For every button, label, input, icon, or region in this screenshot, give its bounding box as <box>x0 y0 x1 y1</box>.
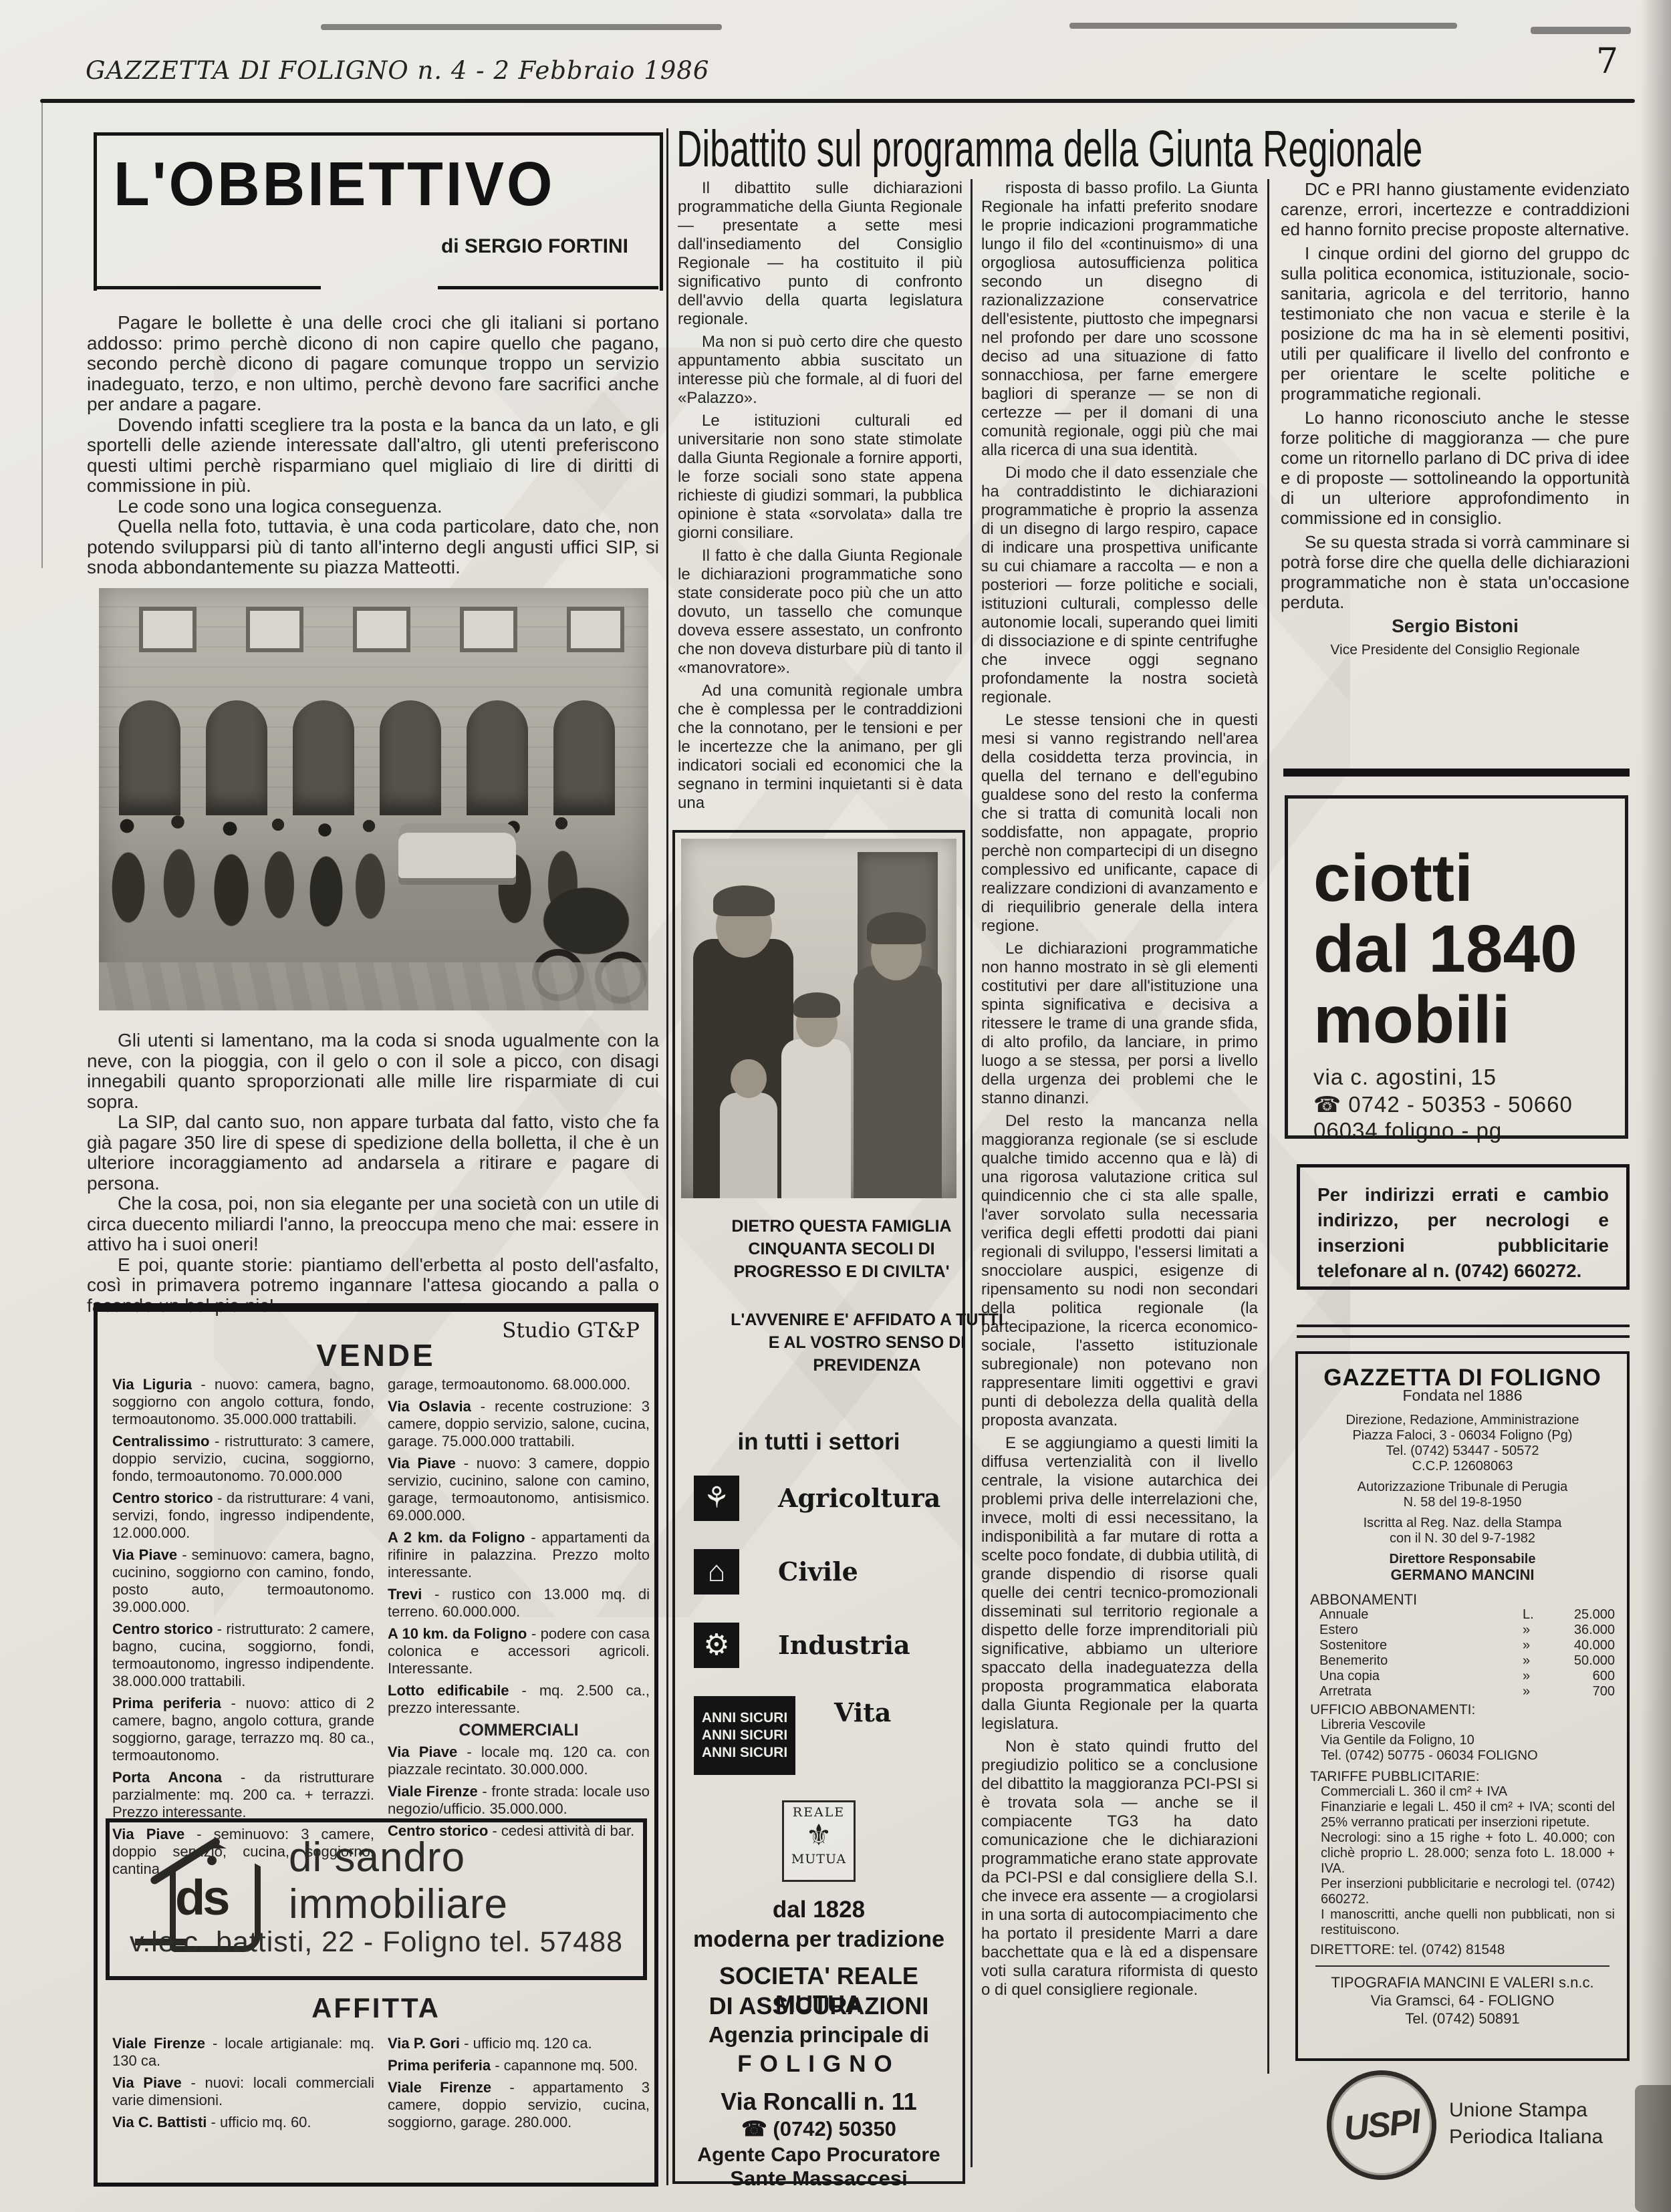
editorial-text-top: Pagare le bollette è una delle croci che… <box>87 313 659 578</box>
listing-item: Lotto edificabile - mq. 2.500 ca., prezz… <box>388 1682 650 1717</box>
photo-window <box>139 607 197 652</box>
gtp-affitta-left-column: Viale Firenze - locale artigianale: mq. … <box>112 2035 374 2136</box>
photo-arch <box>380 700 441 815</box>
editorial-paragraph: Le code sono una logica conseguenza. <box>87 497 659 517</box>
reale-dal: dal 1828 <box>675 1897 962 1923</box>
photo-arch <box>553 700 615 815</box>
gtp-vende-left-column: Via Liguria - nuovo: camera, bagno, sogg… <box>112 1376 374 1883</box>
sector-row-industria: ⚙ Industria <box>694 1623 910 1668</box>
scan-smudge <box>1069 23 1457 29</box>
scan-smudge <box>321 24 722 30</box>
tipografia-block: TIPOGRAFIA MANCINI E VALERI s.n.c. Via G… <box>1310 1973 1615 2028</box>
listing-item: garage, termoautonomo. 68.000.000. <box>388 1376 650 1393</box>
family-head <box>731 1059 767 1098</box>
newspaper-masthead-date: GAZZETTA DI FOLIGNO n. 4 - 2 Febbraio 19… <box>86 56 709 85</box>
obbiettivo-byline: di SERGIO FORTINI <box>361 235 628 258</box>
scan-edge-shadow <box>1640 0 1671 2212</box>
family-photo-door <box>858 852 938 1053</box>
sector-label: Vita <box>834 1696 891 1730</box>
family-hair <box>867 912 926 944</box>
family-head <box>871 924 922 980</box>
agriculture-icon: ⚘ <box>694 1476 739 1521</box>
scan-smudge <box>1531 27 1631 34</box>
page-number: 7 <box>1596 41 1618 82</box>
ciotti-line-3: mobili <box>1313 982 1510 1059</box>
sector-label: Industria <box>778 1623 910 1668</box>
crest-emblem-icon: ⚜ <box>784 1820 854 1852</box>
gtp-affitta-right-column: Via P. Gori - ufficio mq. 120 ca. Prima … <box>388 2035 650 2136</box>
scan-corner-blob <box>1635 2085 1671 2212</box>
gtp-commerciali-title: COMMERCIALI <box>388 1721 650 1739</box>
ciotti-phone: ☎ 0742 - 50353 - 50660 <box>1313 1091 1573 1117</box>
gtp-vende-right-column: garage, termoautonomo. 68.000.000. Via O… <box>388 1376 650 1844</box>
photo-window <box>567 607 624 652</box>
direttore-tel: DIRETTORE: tel. (0742) 81548 <box>1310 1942 1615 1957</box>
article-paragraph: Del resto la mancanza nella maggioranza … <box>981 1112 1258 1430</box>
listing-item: Via Piave - seminuovo: camera, bagno, cu… <box>112 1546 374 1616</box>
listing-item: Centralissimo - ristrutturato: 3 camere,… <box>112 1433 374 1485</box>
article-paragraph: Le stesse tensioni che in questi mesi si… <box>981 711 1258 936</box>
listing-item: Viale Firenze - fronte strada: locale us… <box>388 1783 650 1818</box>
family-child <box>720 1093 777 1198</box>
reale-agent-2: Sante Massaccesi <box>675 2167 962 2191</box>
article-paragraph: I cinque ordini del giorno del gruppo dc… <box>1281 243 1630 404</box>
reale-agency-2: FOLIGNO <box>675 2051 962 2078</box>
article-paragraph: DC e PRI hanno giustamente evidenziato c… <box>1281 179 1630 239</box>
editorial-paragraph: Dovendo infatti scegliere tra la posta e… <box>87 415 659 497</box>
reale-address: Via Roncalli n. 11 <box>675 2088 962 2116</box>
disandro-address: v.le c. battisti, 22 - Foligno tel. 5748… <box>110 1926 643 1959</box>
listing-item: A 2 km. da Foligno - appartamenti da rif… <box>388 1529 650 1581</box>
family-father <box>693 939 793 1198</box>
sector-label: Agricoltura <box>778 1476 940 1521</box>
ufficio-title: UFFICIO ABBONAMENTI: <box>1310 1702 1615 1717</box>
double-rule <box>1297 1325 1630 1338</box>
article-paragraph: Le istituzioni culturali ed universitari… <box>678 412 962 543</box>
abbonamenti-row: Una copia»600 <box>1319 1669 1615 1684</box>
ad-disandro-immobiliare: ds di sandro immobiliare v.le c. battist… <box>106 1818 647 1980</box>
article-paragraph: Il dibattito sulle dichiarazioni program… <box>678 179 962 329</box>
photo-arch <box>206 700 267 815</box>
reale-moderna: moderna per tradizione <box>675 1927 962 1953</box>
listing-item: Trevi - rustico con 13.000 mq. di terren… <box>388 1586 650 1621</box>
abbonamenti-row: Estero»36.000 <box>1319 1623 1615 1638</box>
photo-window <box>353 607 410 652</box>
article-paragraph: risposta di basso profilo. La Giunta Reg… <box>981 179 1258 460</box>
abbonamenti-row: AnnualeL.25.000 <box>1319 1607 1615 1623</box>
editorial-paragraph: Quella nella foto, tuttavia, è una coda … <box>87 517 659 578</box>
abbonamenti-row: Arretrata»700 <box>1319 1684 1615 1699</box>
listing-item: Viale Firenze - appartamento 3 camere, d… <box>388 2079 650 2131</box>
ciotti-address: via c. agostini, 15 <box>1313 1065 1497 1090</box>
reale-company-2: DI ASSICURAZIONI <box>675 1992 962 2020</box>
page-edge-line <box>41 100 43 568</box>
uspi-logo-icon: USPI <box>1321 2065 1442 2185</box>
photo-arch <box>293 700 354 815</box>
listing-item: Via Piave - nuovo: 3 camere, doppio serv… <box>388 1455 650 1524</box>
reale-mutua-crest: REALE ⚜ MUTUA <box>782 1800 856 1882</box>
separator-bar <box>1283 769 1630 777</box>
uspi-label: Unione Stampa Periodica Italiana <box>1449 2097 1603 2151</box>
obbiettivo-rule-left <box>94 286 321 289</box>
ufficio-lines: Libreria Vescovile Via Gentile da Folign… <box>1321 1717 1615 1764</box>
family-child <box>781 1039 851 1198</box>
article-signature-name: Sergio Bistoni <box>1281 616 1630 636</box>
masthead-registration: Iscritta al Reg. Naz. della Stampa con i… <box>1310 1516 1615 1546</box>
masthead-address-lines: Direzione, Redazione, Amministrazione Pi… <box>1310 1413 1615 1474</box>
obbiettivo-rule-right <box>438 286 658 289</box>
editorial-paragraph: Che la cosa, poi, non sia elegante per u… <box>87 1194 659 1255</box>
sector-row-agricoltura: ⚘ Agricoltura <box>694 1476 940 1521</box>
reale-slogan-1: DIETRO QUESTA FAMIGLIA CINQUANTA SECOLI … <box>675 1215 1008 1283</box>
photo-queue-piazza <box>99 588 648 1010</box>
sector-row-vita: ANNI SICURI ANNI SICURI ANNI SICURI Vita <box>694 1696 891 1775</box>
masthead-info-box: GAZZETTA DI FOLIGNO Fondata nel 1886 Dir… <box>1295 1351 1630 2061</box>
header-rule <box>40 99 1635 103</box>
listing-item: Via Oslavia - recente costruzione: 3 cam… <box>388 1398 650 1450</box>
listing-item: Prima periferia - capannone mq. 500. <box>388 2057 650 2074</box>
listing-item: Via Liguria - nuovo: camera, bagno, sogg… <box>112 1376 374 1428</box>
article-column-3: DC e PRI hanno giustamente evidenziato c… <box>1281 179 1630 664</box>
ad-ciotti-mobili: ciotti dal 1840 mobili via c. agostini, … <box>1285 795 1628 1139</box>
tariffe-title: TARIFFE PUBBLICITARIE: <box>1310 1769 1615 1784</box>
ciotti-city: 06034 foligno - pg <box>1313 1118 1502 1143</box>
article-paragraph: Lo hanno riconosciuto anche le stesse fo… <box>1281 408 1630 528</box>
ciotti-line-2: dal 1840 <box>1313 911 1577 988</box>
photo-building-texture <box>99 588 648 808</box>
abbonamenti-table: AnnualeL.25.000 Estero»36.000 Sostenitor… <box>1310 1607 1615 1699</box>
photo-pavement <box>99 962 648 1010</box>
disandro-name: di sandro immobiliare <box>289 1834 508 1928</box>
article-column-2: risposta di basso profilo. La Giunta Reg… <box>981 179 1258 2003</box>
article-paragraph: Il fatto è che dalla Giunta Regionale le… <box>678 547 962 678</box>
gtp-vende-title: VENDE <box>98 1337 654 1373</box>
house-icon: ⌂ <box>694 1549 739 1595</box>
article-signature-title: Vice Presidente del Consiglio Regionale <box>1281 640 1630 660</box>
listing-item: A 10 km. da Foligno - podere con casa co… <box>388 1625 650 1677</box>
anni-sicuri-logo: ANNI SICURI ANNI SICURI ANNI SICURI <box>694 1696 795 1775</box>
listing-item: Porta Ancona - da ristrutturare parzialm… <box>112 1769 374 1821</box>
notice-indirizzi-box: Per indirizzi errati e cambio indirizzo,… <box>1297 1164 1630 1290</box>
abbonamenti-row: Sostenitore»40.000 <box>1319 1638 1615 1653</box>
reale-agent-1: Agente Capo Procuratore <box>675 2144 962 2167</box>
disandro-logo-letters: ds <box>175 1869 227 1926</box>
masthead-title: GAZZETTA DI FOLIGNO <box>1310 1370 1615 1385</box>
listing-item: Via Piave - locale mq. 120 ca. con piazz… <box>388 1744 650 1778</box>
article-column-1: Il dibattito sulle dichiarazioni program… <box>678 179 962 817</box>
ciotti-line-1: ciotti <box>1313 840 1473 917</box>
abbonamenti-title: ABBONAMENTI <box>1310 1592 1615 1607</box>
article-paragraph: E se aggiungiamo a questi limiti la diff… <box>981 1434 1258 1734</box>
photo-car <box>398 823 516 885</box>
family-hair <box>793 992 840 1018</box>
listing-item: Centro storico - da ristrutturare: 4 van… <box>112 1490 374 1542</box>
masthead-director: Direttore Responsabile GERMANO MANCINI <box>1310 1552 1615 1582</box>
sector-row-civile: ⌂ Civile <box>694 1549 858 1595</box>
editorial-text-bottom: Gli utenti si lamentano, ma la coda si s… <box>87 1030 659 1316</box>
article-paragraph: Ad una comunità regionale umbra che è co… <box>678 682 962 813</box>
masthead-divider <box>1315 1965 1610 1967</box>
article-paragraph: Non è stato quindi frutto del pregiudizi… <box>981 1738 1258 1999</box>
gear-icon: ⚙ <box>694 1623 739 1668</box>
column-rule-2 <box>971 179 973 2167</box>
article-headline: Dibattito sul programma della Giunta Reg… <box>676 119 1629 178</box>
family-head <box>796 1002 838 1047</box>
editorial-paragraph: Gli utenti si lamentano, ma la coda si s… <box>87 1030 659 1112</box>
editorial-paragraph: Pagare le bollette è una delle croci che… <box>87 313 659 415</box>
listing-item: Viale Firenze - locale artigianale: mq. … <box>112 2035 374 2070</box>
abbonamenti-row: Benemerito»50.000 <box>1319 1653 1615 1669</box>
article-paragraph: Ma non si può certo dire che questo appu… <box>678 333 962 408</box>
photo-scooter <box>524 875 648 989</box>
photo-window <box>460 607 517 652</box>
family-hair <box>713 885 775 916</box>
sector-label: Civile <box>778 1549 858 1595</box>
reale-sectors-intro: in tutti i settori <box>675 1429 962 1456</box>
ad-studio-gtp: Studio GT&P VENDE Via Liguria - nuovo: c… <box>94 1303 658 2187</box>
disandro-tag-hole <box>207 1856 217 1865</box>
obbiettivo-title: L'OBBIETTIVO <box>114 148 555 220</box>
photo-arch <box>119 700 180 815</box>
column-rule-3 <box>1267 179 1269 2074</box>
listing-item: Via P. Gori - ufficio mq. 120 ca. <box>388 2035 650 2052</box>
reale-agency-1: Agenzia principale di <box>675 2022 962 2048</box>
photo-arch <box>467 700 528 815</box>
editorial-paragraph: La SIP, dal canto suo, non appare turbat… <box>87 1112 659 1194</box>
photo-crowd <box>99 802 648 936</box>
listing-item: Prima periferia - nuovo: attico di 2 cam… <box>112 1695 374 1764</box>
family-mother <box>854 966 942 1198</box>
listing-item: Via C. Battisti - ufficio mq. 60. <box>112 2114 374 2131</box>
photo-scooter-wheel <box>532 949 584 1001</box>
listing-item: Centro storico - ristrutturato: 2 camere… <box>112 1621 374 1690</box>
reale-slogan-2: L'AVVENIRE E' AFFIDATO A TUTTI E AL VOST… <box>675 1308 1059 1377</box>
column-rule-1 <box>666 128 668 2185</box>
article-paragraph: Le dichiarazioni programmatiche non hann… <box>981 940 1258 1108</box>
photo-scooter-wheel <box>595 952 647 1004</box>
tariffe-lines: Commerciali L. 360 il cm² + IVA Finanzia… <box>1321 1784 1615 1938</box>
masthead-authorization: Autorizzazione Tribunale di Perugia N. 5… <box>1310 1480 1615 1510</box>
photo-window <box>246 607 303 652</box>
ad-reale-mutua: DIETRO QUESTA FAMIGLIA CINQUANTA SECOLI … <box>672 830 965 2184</box>
gtp-affitta-title: AFFITTA <box>98 1992 654 2024</box>
article-paragraph: Se su questa strada si vorrà camminare s… <box>1281 532 1630 612</box>
article-paragraph: Di modo che il dato essenziale che ha co… <box>981 464 1258 707</box>
photo-family <box>681 839 956 1198</box>
family-head <box>716 896 772 958</box>
reale-phone: ☎ (0742) 50350 <box>675 2117 962 2141</box>
listing-item: Via Piave - nuovi: locali commerciali va… <box>112 2074 374 2109</box>
